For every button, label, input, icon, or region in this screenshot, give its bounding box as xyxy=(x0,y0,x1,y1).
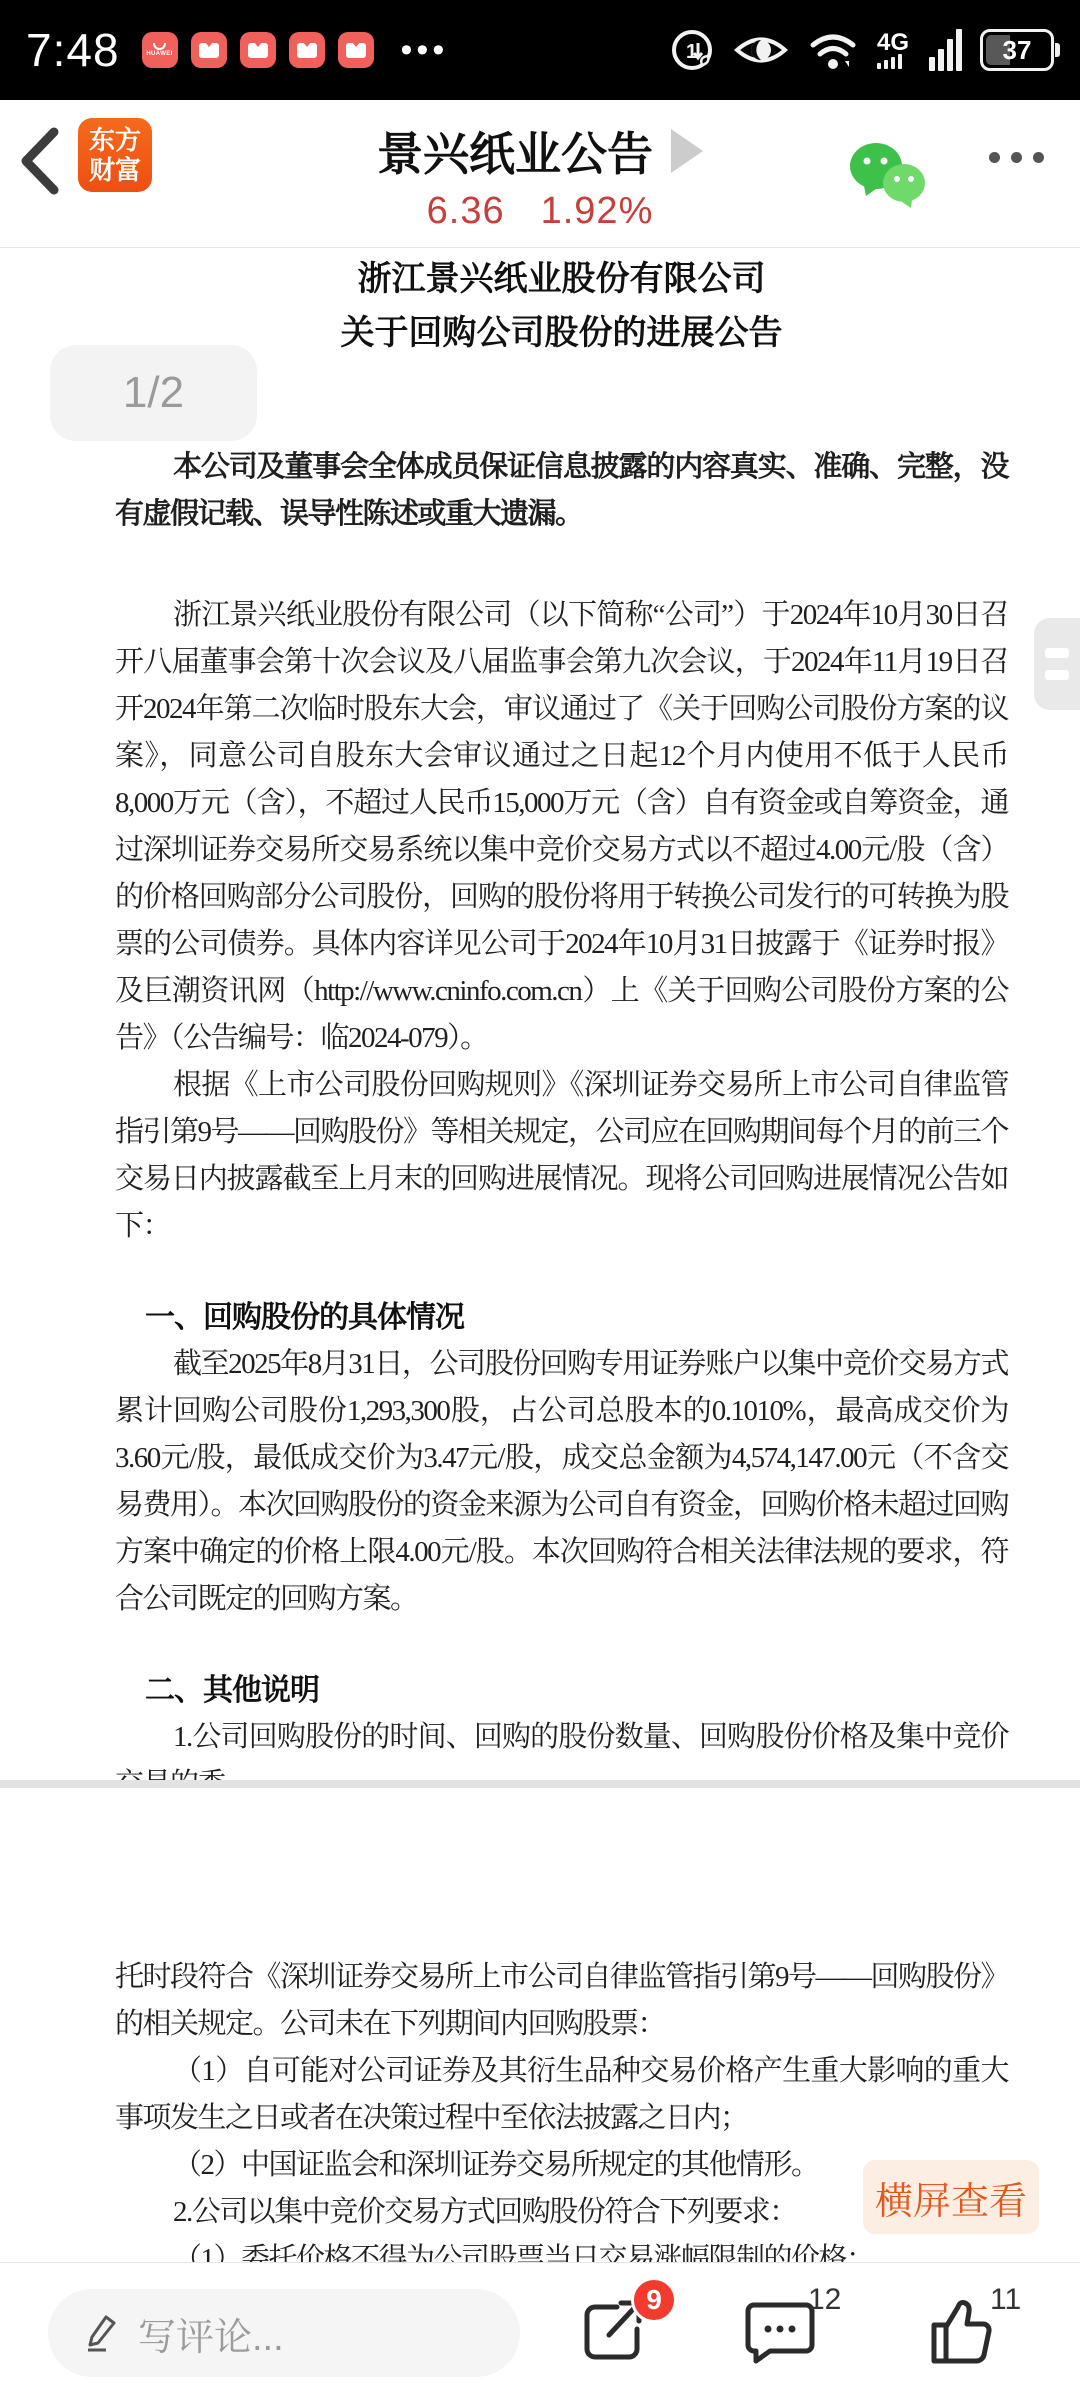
doc-announcement-title: 关于回购公司股份的进展公告 xyxy=(115,312,1008,356)
status-bar: 7:48 HUAWEI ••• 1 xyxy=(0,0,1080,100)
clock: 7:48 xyxy=(26,23,120,77)
app-header: 东方 财富 景兴纸业公告 6.361.92% xyxy=(0,100,1080,248)
share-badge: 9 xyxy=(631,2277,677,2323)
svg-text:1: 1 xyxy=(686,41,697,63)
comment-count: 12 xyxy=(808,2283,841,2317)
doc-heading-2: 二、其他说明 xyxy=(115,1667,1008,1714)
notification-icons: HUAWEI ••• xyxy=(142,32,449,68)
bottom-action-bar: 写评论... 9 12 11 xyxy=(0,2262,1080,2400)
battery-icon: 37 xyxy=(980,29,1054,71)
wechat-share-button[interactable] xyxy=(842,138,932,214)
reader-notification-icon xyxy=(289,32,325,68)
screen: 7:48 HUAWEI ••• 1 xyxy=(0,0,1080,2400)
comment-input[interactable]: 写评论... xyxy=(48,2289,520,2377)
data-saver-icon: 1 xyxy=(669,27,715,73)
eye-comfort-icon xyxy=(733,27,789,73)
page-indicator-badge: 1/2 xyxy=(50,345,257,441)
doc-list-item: （1）自可能对公司证券及其衍生品种交易价格产生重大影响的重大事项发生之日或者在决… xyxy=(115,2048,1008,2142)
like-count: 11 xyxy=(990,2283,1021,2317)
book-icon xyxy=(248,43,268,58)
mobile-signal-icon: 4G xyxy=(877,32,909,69)
wifi-icon xyxy=(807,27,859,73)
like-group[interactable]: 11 xyxy=(912,2263,1032,2400)
doc-paragraph: 浙江景兴纸业股份有限公司（以下简称“公司”）于2024年10月30日召开八届董事… xyxy=(115,592,1008,1062)
announcement-page-1: 浙江景兴纸业股份有限公司 关于回购公司股份的进展公告 本公司及董事会全体成员保证… xyxy=(0,248,1080,1780)
doc-paragraph: 截至2025年8月31日，公司股份回购专用证券账户以集中竞价交易方式累计回购公司… xyxy=(115,1341,1008,1623)
doc-paragraph: 托时段符合《深圳证券交易所上市公司自律监管指引第9号——回购股份》的相关规定。公… xyxy=(115,1954,1008,2048)
appgallery-notification-icon: HUAWEI xyxy=(142,32,178,68)
doc-paragraph: 根据《上市公司股份回购规则》《深圳证券交易所上市公司自律监管指引第9号——回购股… xyxy=(115,1062,1008,1250)
doc-paragraph: 1.公司回购股份的时间、回购的股份数量、回购股份价格及集中竞价交易的委 xyxy=(115,1714,1008,1780)
book-icon xyxy=(346,43,366,58)
comment-bubble-icon xyxy=(744,2295,816,2367)
bag-handle-icon xyxy=(153,43,166,50)
reader-notification-icon xyxy=(240,32,276,68)
page-title: 景兴纸业公告 xyxy=(377,118,653,184)
page-separator xyxy=(0,1780,1080,1788)
network-type-label: 4G xyxy=(877,32,909,54)
status-icons: 1 4G xyxy=(669,27,1054,73)
doc-statement: 本公司及董事会全体成员保证信息披露的内容真实、准确、完整，没有虚假记载、误导性陈… xyxy=(115,444,1008,538)
reader-notification-icon xyxy=(191,32,227,68)
comments-group[interactable]: 12 xyxy=(730,2263,850,2400)
signal-bars-icon xyxy=(929,29,962,71)
stock-price: 6.36 xyxy=(427,190,505,232)
book-icon xyxy=(297,43,317,58)
thumbs-up-icon xyxy=(926,2295,998,2367)
more-options-button[interactable] xyxy=(989,152,1044,163)
landscape-view-button[interactable]: 横屏查看 xyxy=(863,2160,1039,2234)
book-icon xyxy=(199,43,219,58)
pencil-icon xyxy=(84,2313,118,2353)
share-group[interactable]: 9 xyxy=(565,2263,685,2400)
reader-notification-icon xyxy=(338,32,374,68)
stock-change: 1.92% xyxy=(541,190,654,232)
scrollbar-handle[interactable] xyxy=(1034,618,1080,710)
doc-company-title: 浙江景兴纸业股份有限公司 xyxy=(115,258,1008,302)
huawei-label: HUAWEI xyxy=(146,51,172,57)
play-audio-button[interactable] xyxy=(671,129,703,173)
doc-heading-1: 一、回购股份的具体情况 xyxy=(115,1294,1008,1341)
battery-percent: 37 xyxy=(1003,35,1032,66)
comment-placeholder: 写评论... xyxy=(138,2306,284,2361)
